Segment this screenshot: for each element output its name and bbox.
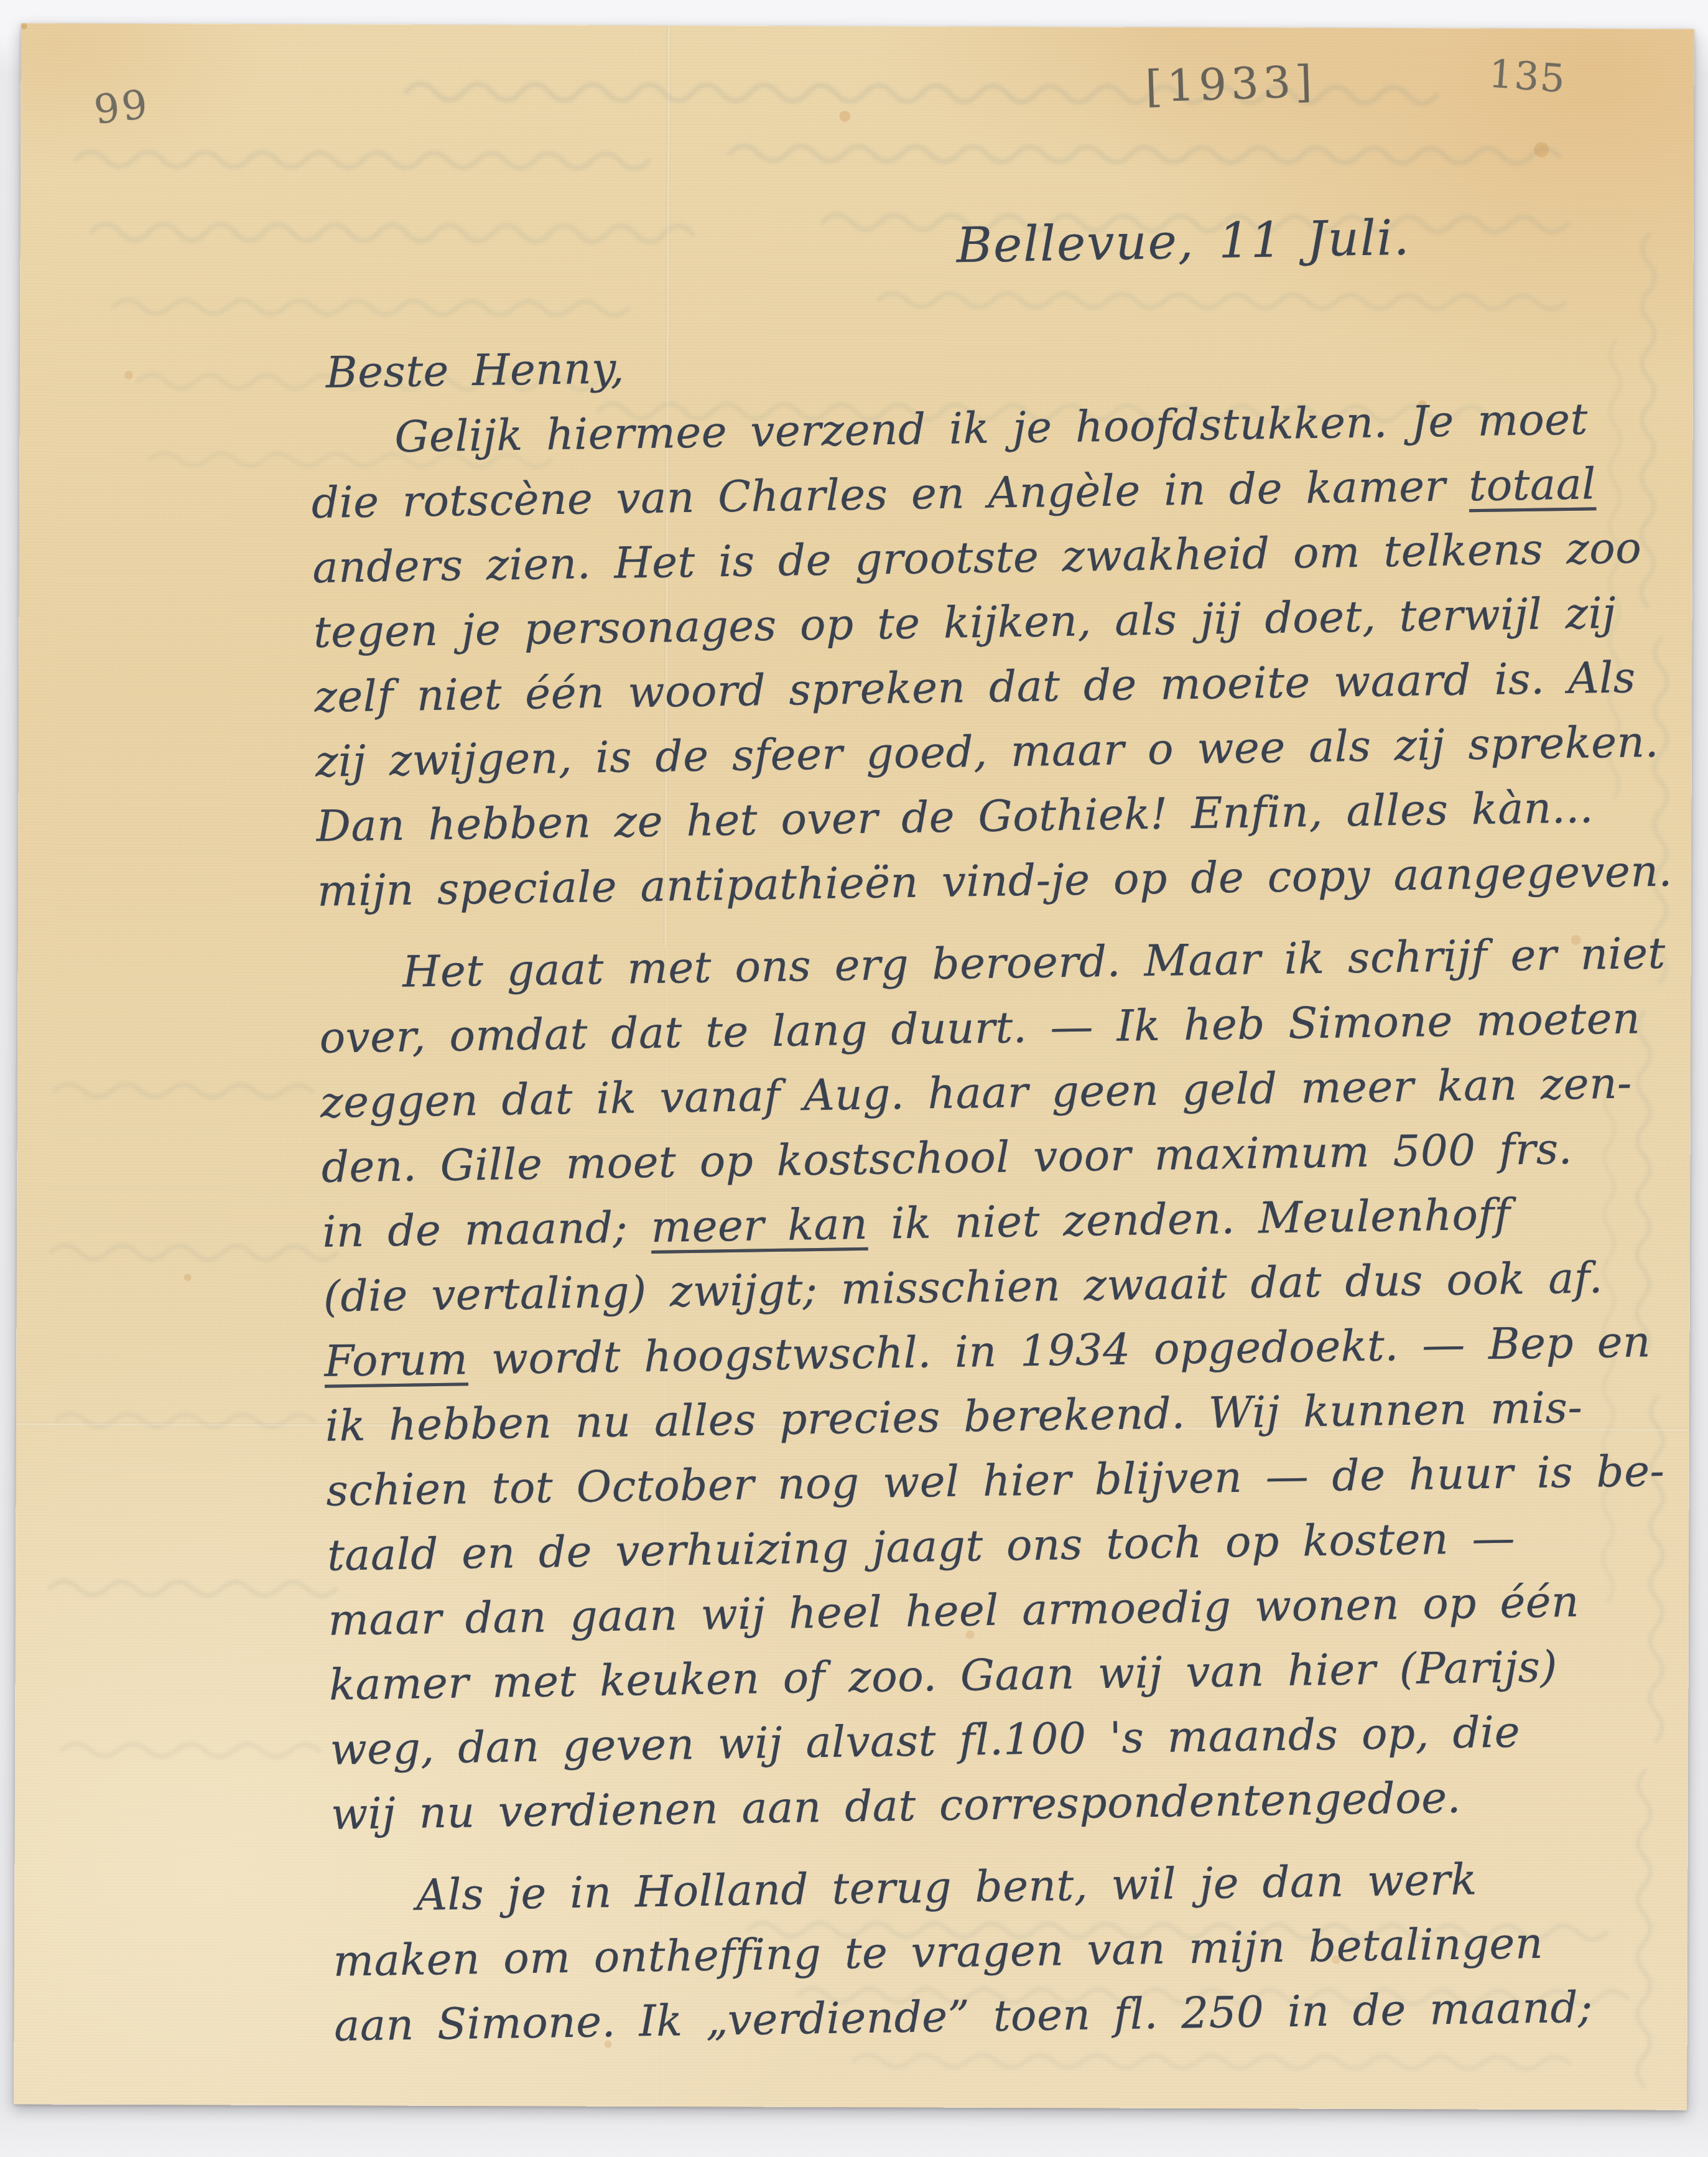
text-segment: (die vertaling) zwijgt; misschien zwaait… — [323, 1253, 1603, 1322]
text-segment: kamer met keuken of zoo. Gaan wij van hi… — [329, 1642, 1558, 1710]
letter-paragraph: Als je in Holland terug bent, wil je dan… — [332, 1845, 1628, 2059]
bleedthrough-stroke — [730, 146, 1559, 164]
text-segment: wordt hoogstwschl. in 1934 opgedoekt. — … — [468, 1317, 1651, 1384]
archival-year-annotation: [1933] — [1144, 56, 1317, 113]
archival-number-top-left: 99 — [91, 82, 152, 134]
bleedthrough-stroke — [1641, 234, 1655, 606]
text-segment: zij zwijgen, is de sfeer goed, maar o we… — [315, 717, 1659, 787]
bleedthrough-stroke — [878, 293, 1565, 309]
text-segment: ik niet zenden. Meulenhoff — [867, 1190, 1511, 1249]
text-segment: zeggen dat ik vanaf Aug. haar geen geld … — [320, 1059, 1633, 1128]
bleedthrough-stroke — [77, 152, 649, 169]
scan-background: { "annotations": { "top_left_number": "9… — [0, 0, 1708, 2157]
bleedthrough-stroke — [1637, 1771, 1651, 2085]
text-segment: in de maand; — [322, 1203, 652, 1257]
text-segment: aan Simone. Ik „verdiende” toen fl. 250 … — [334, 1983, 1594, 2051]
text-segment: over, omdat dat te lang duurt. — Ik heb … — [319, 994, 1640, 1063]
bleedthrough-stroke — [92, 224, 693, 242]
archival-number-top-right: 135 — [1487, 50, 1567, 101]
bleedthrough-stroke — [113, 300, 628, 315]
text-segment: ik hebben nu alles precies berekend. Wij… — [325, 1383, 1582, 1451]
bleedthrough-stroke — [1636, 1012, 1650, 1355]
underlined-word: meer kan — [651, 1200, 868, 1252]
text-segment: Als je in Holland terug bent, wil je dan… — [416, 1855, 1478, 1920]
text-segment: maar dan gaan wij heel heel armoedig won… — [328, 1577, 1580, 1646]
bleedthrough-stroke — [50, 1581, 336, 1596]
letter-dateline: Bellevue, 11 Juli. — [956, 210, 1411, 274]
bleedthrough-stroke — [62, 1744, 319, 1757]
foxing-spots — [21, 23, 27, 29]
text-segment: anders zien. Het is de grootste zwakheid… — [312, 523, 1642, 593]
text-segment: Dan hebben ze het over de Gothiek! Enfin… — [316, 783, 1594, 851]
text-segment: den. Gille moet op kostschool voor maxim… — [321, 1124, 1572, 1193]
text-segment: die rotscène van Charles en Angèle in de… — [311, 461, 1469, 528]
bleedthrough-stroke — [51, 1245, 337, 1260]
text-segment: Gelijk hiermee verzend ik je hoofdstukke… — [394, 394, 1589, 462]
text-segment: schien tot October nog wel hier blijven … — [326, 1447, 1665, 1516]
text-segment: zelf niet één woord spreken dat de moeit… — [314, 653, 1636, 722]
underlined-word: totaal — [1469, 459, 1597, 511]
text-segment: mijn speciale antipathieën vind-je op de… — [317, 847, 1673, 916]
underlined-word: Forum — [324, 1335, 468, 1386]
text-segment: taald en de verhuizing jaagt ons toch op… — [327, 1513, 1515, 1580]
letter-body: Beste Henny, Gelijk hiermee verzend ik j… — [309, 321, 1628, 2059]
bleedthrough-stroke — [853, 2054, 1569, 2069]
letter-paragraph: Het gaat met ons erg beroerd. Maar ik sc… — [318, 922, 1625, 1847]
text-segment: maken om ontheffing te vragen van mijn b… — [333, 1919, 1543, 1987]
bleedthrough-stroke — [55, 1084, 312, 1097]
letter-paragraph: Gelijk hiermee verzend ik je hoofdstukke… — [310, 387, 1612, 924]
text-segment: weg, dan geven wij alvast fl.100 's maan… — [330, 1707, 1520, 1774]
letter-page: 99 [1933] 135 Bellevue, 11 Juli. Beste H… — [14, 23, 1694, 2110]
text-segment: tegen je personages op te kijken, als ji… — [313, 589, 1616, 658]
text-segment: Het gaat met ons erg beroerd. Maar ik sc… — [402, 929, 1666, 997]
text-segment: wij nu verdienen aan dat correspondenten… — [331, 1773, 1462, 1840]
